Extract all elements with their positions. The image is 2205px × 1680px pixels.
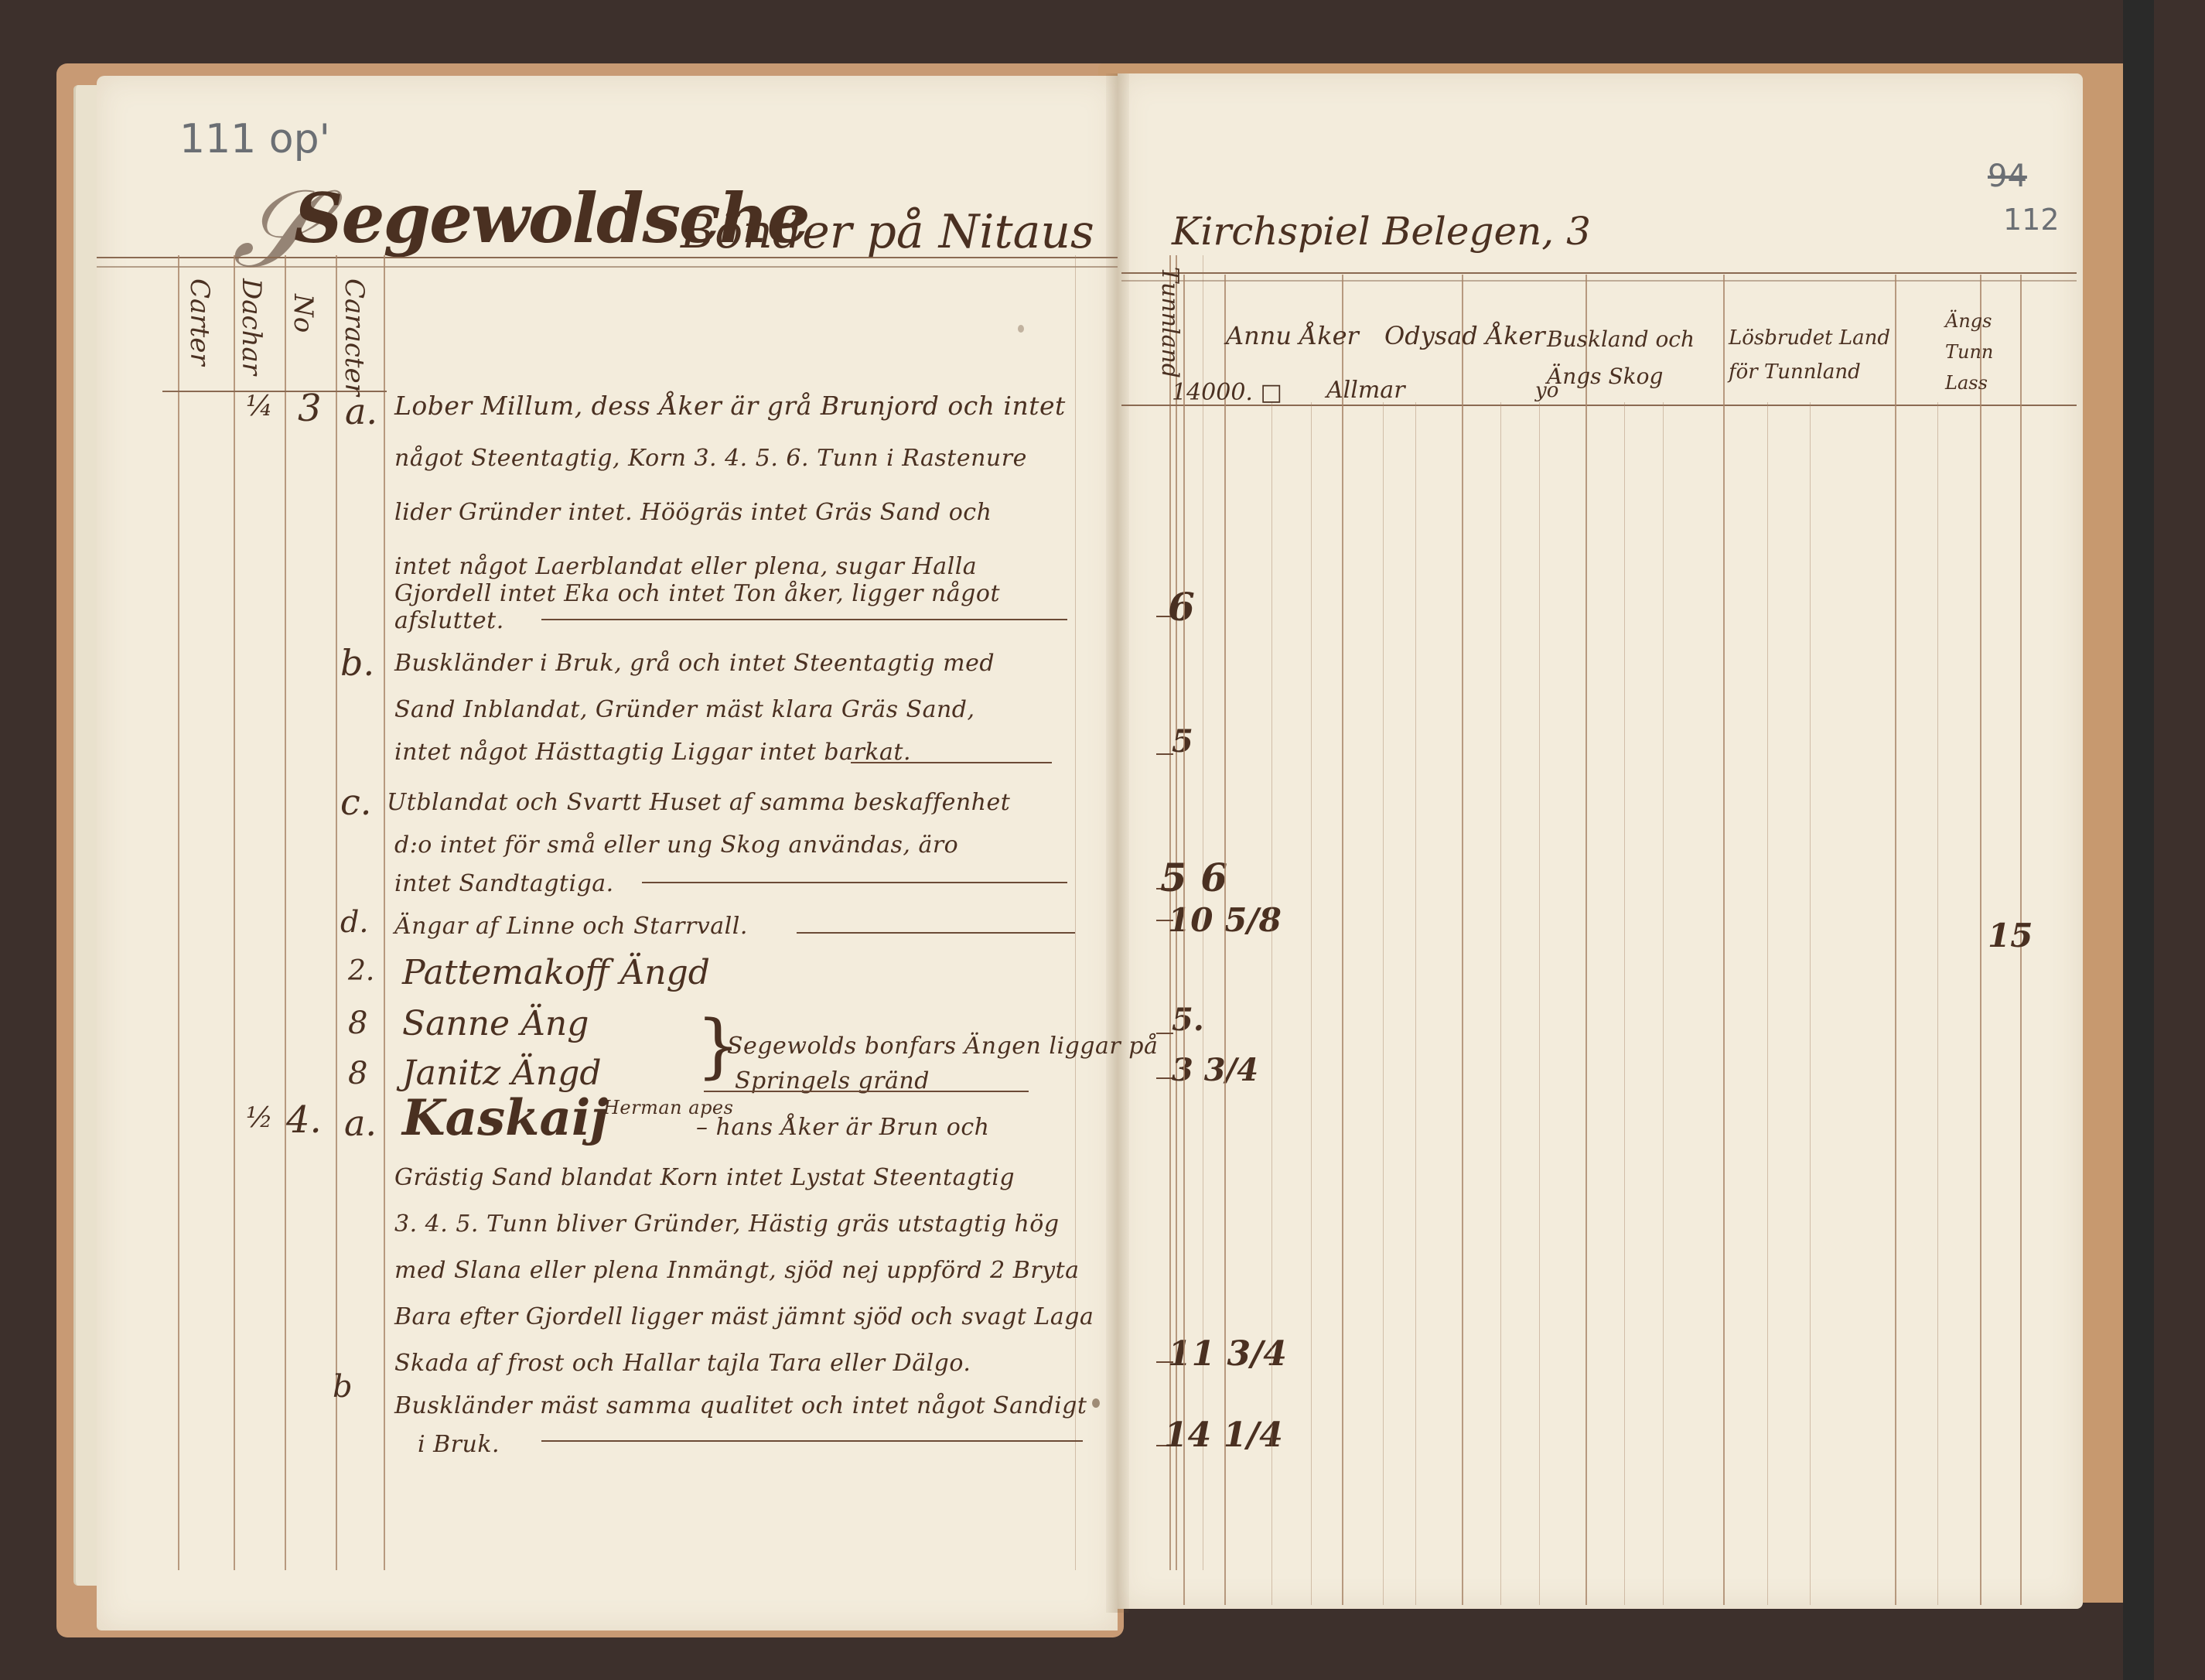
column-header-angs: Ängs Tunn Lass bbox=[1945, 306, 2022, 398]
entry-number: 4. bbox=[286, 1098, 322, 1142]
allmar-label: Allmar bbox=[1326, 377, 1405, 404]
entry-value: 11 3/4 bbox=[1168, 1334, 1287, 1374]
column-header-number: No bbox=[288, 294, 319, 333]
entry-value: 5 6 bbox=[1160, 855, 1227, 900]
book-gutter bbox=[1106, 73, 1129, 1613]
entry-number: 3 bbox=[298, 387, 322, 430]
header-mark: yo bbox=[1535, 379, 1558, 402]
col-rule bbox=[1585, 275, 1587, 1605]
meadow-value-right: 15 bbox=[1988, 917, 2033, 954]
col-rule bbox=[1271, 402, 1272, 1605]
column-header-losbrudet: Lösbrudet Land för Tunnland bbox=[1729, 321, 1899, 389]
col-rule bbox=[1462, 275, 1463, 1605]
col-rule bbox=[1415, 402, 1416, 1605]
entry-line: – hans Åker är Brun och bbox=[696, 1114, 989, 1141]
col-rule bbox=[1075, 255, 1076, 1570]
entry-value: 14 1/4 bbox=[1164, 1415, 1283, 1455]
col-rule bbox=[1342, 275, 1343, 1605]
value-tick bbox=[1156, 1033, 1173, 1034]
entry-caracter: a. bbox=[345, 391, 377, 432]
column-header-odysad-aker: Odysad Åker bbox=[1384, 321, 1545, 350]
col-rule bbox=[234, 255, 235, 1570]
header-rule-top bbox=[1121, 272, 2077, 274]
entry-end-rule bbox=[541, 1440, 1083, 1442]
entry-line: lider Gründer intet. Höögräs intet Gräs … bbox=[394, 499, 992, 526]
entry-end-rule bbox=[704, 1091, 1029, 1092]
entry-caracter: d. bbox=[340, 905, 368, 939]
column-header-carter: Carter bbox=[184, 278, 215, 366]
entry-caracter: 8 bbox=[348, 1006, 367, 1041]
entry-line: intet något Hästtagtig Liggar intet bark… bbox=[394, 739, 911, 766]
entry-caracter: 8 bbox=[348, 1056, 367, 1091]
col-rule bbox=[1663, 402, 1664, 1605]
entry-line: Utblandat och Svartt Huset af samma besk… bbox=[387, 789, 1010, 816]
col-rule bbox=[1383, 402, 1384, 1605]
entry-line: intet Sandtagtiga. bbox=[394, 870, 614, 897]
pencil-folio-annotation-left: 111 op' bbox=[179, 116, 330, 162]
entry-line: med Slana eller plena Inmängt, sjöd nej … bbox=[394, 1257, 1080, 1284]
entry-value: 5 bbox=[1172, 723, 1193, 760]
header-rule-top bbox=[97, 257, 1118, 258]
meadow-name: Pattemakoff Ängd bbox=[402, 953, 710, 992]
col-rule bbox=[1895, 275, 1896, 1605]
col-rule bbox=[384, 255, 385, 1570]
page-title-continuation: Bönder på Nitaus bbox=[681, 205, 1094, 259]
entry-line: Grästig Sand blandat Korn intet Lystat S… bbox=[394, 1164, 1015, 1191]
entry-end-rule bbox=[797, 932, 1075, 934]
col-rule bbox=[285, 255, 286, 1570]
header-rule-bottom bbox=[97, 266, 1118, 268]
entry-line: Gjordell intet Eka och intet Ton åker, l… bbox=[394, 580, 1000, 607]
col-rule bbox=[178, 255, 179, 1570]
area-value: 14000. □ bbox=[1172, 379, 1282, 406]
col-rule bbox=[1624, 402, 1625, 1605]
entry-line: Ängar af Linne och Starrvall. bbox=[394, 913, 748, 940]
bracket-note: Segewolds bonfars Ängen liggar på bbox=[727, 1033, 1158, 1060]
col-rule bbox=[1500, 402, 1501, 1605]
entry-dachar: ¼ bbox=[246, 391, 273, 422]
pencil-folio-crossed: 94 bbox=[1988, 159, 2027, 194]
col-rule bbox=[1810, 402, 1811, 1605]
entry-line: d:o intet för små eller ung Skog använda… bbox=[394, 831, 958, 859]
entry-end-rule bbox=[642, 882, 1067, 883]
ink-stain bbox=[1018, 325, 1024, 333]
header-rule-bottom bbox=[1121, 280, 2077, 282]
entry-line: Lober Millum, dess Åker är grå Brunjord … bbox=[394, 391, 1066, 421]
col-rule bbox=[1723, 275, 1725, 1605]
col-rule bbox=[1539, 402, 1540, 1605]
column-header-caracter: Caracter bbox=[339, 278, 370, 396]
entry-line: Bara efter Gjordell ligger mäst jämnt sj… bbox=[394, 1303, 1094, 1330]
entry-line: 3. 4. 5. Tunn bliver Gründer, Hästig grä… bbox=[394, 1210, 1060, 1238]
entry-caracter: 2. bbox=[348, 955, 374, 987]
entry-line: afsluttet. bbox=[394, 607, 504, 634]
entry-line: Buskländer mäst samma qualitet och intet… bbox=[394, 1392, 1087, 1419]
entry-line: något Steentagtig, Korn 3. 4. 5. 6. Tunn… bbox=[394, 445, 1027, 472]
entry-caracter: a. bbox=[344, 1102, 377, 1144]
value-tick bbox=[1156, 753, 1173, 755]
meadow-name: Sanne Äng bbox=[402, 1004, 589, 1043]
col-rule bbox=[1767, 402, 1768, 1605]
column-header-buskland: Buskland och Ängs Skog bbox=[1547, 321, 1725, 395]
entry-dachar: ½ bbox=[246, 1102, 273, 1134]
right-edge-shadow bbox=[2123, 0, 2154, 1680]
column-header-dachar: Dachar bbox=[236, 278, 267, 375]
entry-line: i Bruk. bbox=[418, 1431, 500, 1458]
entry-value: 6 bbox=[1168, 584, 1195, 630]
col-rule bbox=[1224, 275, 1226, 1605]
entry-end-rule bbox=[851, 762, 1052, 763]
entry-line: Sand Inblandat, Gründer mäst klara Gräs … bbox=[394, 696, 975, 723]
entry-line: Skada af frost och Hallar tajla Tara ell… bbox=[394, 1350, 971, 1377]
value-tick bbox=[1156, 1077, 1173, 1079]
entry-line: Buskländer i Bruk, grå och intet Steenta… bbox=[394, 650, 995, 677]
entry-caracter: b bbox=[333, 1369, 353, 1405]
entry-end-rule bbox=[541, 619, 1067, 620]
ink-stain bbox=[1092, 1398, 1100, 1408]
col-rule bbox=[1183, 275, 1185, 1605]
col-rule bbox=[1980, 275, 1981, 1605]
column-header-tunnland: Tunnland bbox=[1156, 267, 1183, 378]
meadow-name: Janitz Ängd bbox=[402, 1053, 602, 1093]
col-rule bbox=[1937, 402, 1938, 1605]
pencil-folio-annotation-right: 112 bbox=[2003, 203, 2060, 237]
column-header-annu-aker: Annu Åker bbox=[1226, 321, 1359, 350]
page-title-continuation-right: Kirchspiel Belegen, 3 bbox=[1172, 209, 1591, 254]
farmer-name: Kaskaij bbox=[402, 1089, 608, 1147]
col-rule bbox=[1311, 402, 1312, 1605]
entry-caracter: c. bbox=[340, 781, 371, 823]
entry-caracter: b. bbox=[340, 642, 374, 684]
entry-line: intet något Laerblandat eller plena, sug… bbox=[394, 553, 977, 580]
entry-value: 5. bbox=[1172, 1002, 1204, 1038]
